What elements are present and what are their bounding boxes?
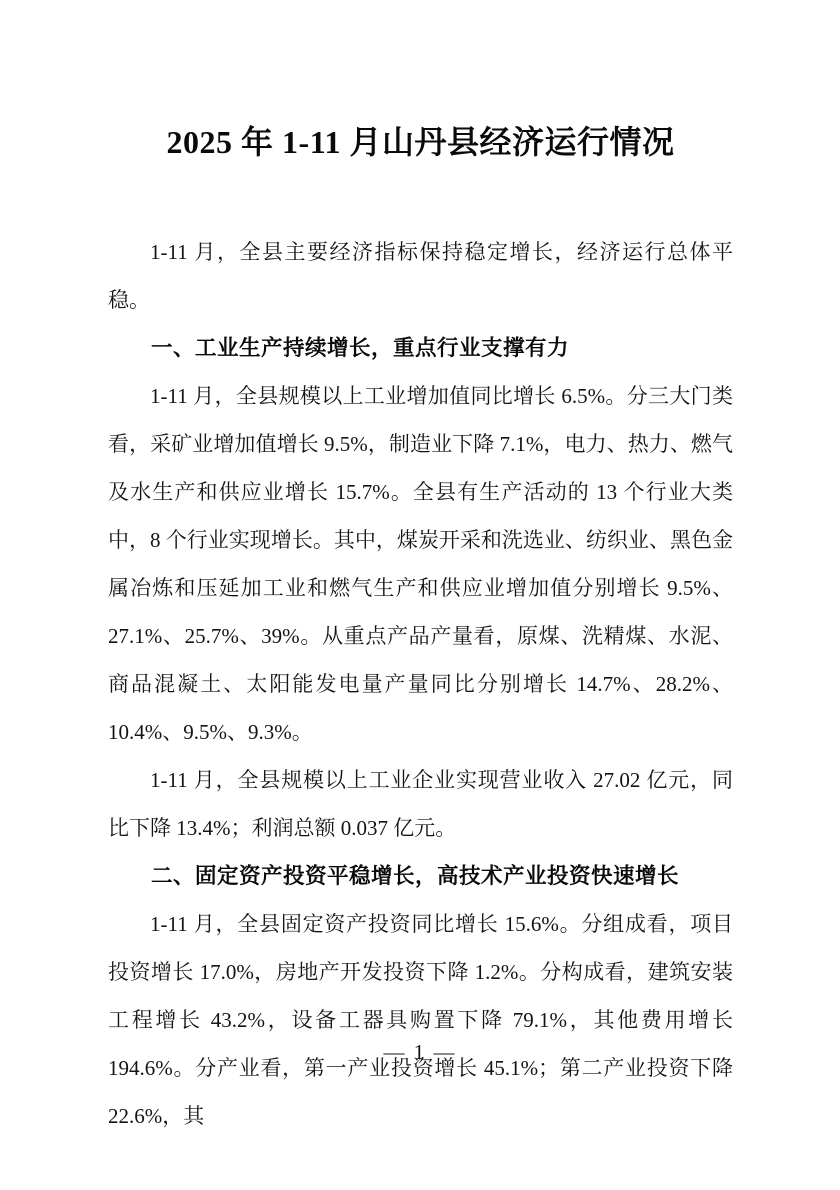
section-1-heading: 一、工业生产持续增长，重点行业支撑有力 [108,324,733,372]
page-number: — 1 — [0,1040,840,1065]
document-page: 2025 年 1-11 月山丹县经济运行情况 1-11 月，全县主要经济指标保持… [0,0,840,1190]
document-body: 1-11 月，全县主要经济指标保持稳定增长，经济运行总体平稳。 一、工业生产持续… [108,228,733,1140]
document-title: 2025 年 1-11 月山丹县经济运行情况 [108,122,733,162]
section-2-paragraph-1: 1-11 月，全县固定资产投资同比增长 15.6%。分组成看，项目投资增长 17… [108,900,733,1140]
section-1-paragraph-1: 1-11 月，全县规模以上工业增加值同比增长 6.5%。分三大门类看，采矿业增加… [108,372,733,756]
section-2-heading: 二、固定资产投资平稳增长，高技术产业投资快速增长 [108,852,733,900]
section-1-paragraph-2: 1-11 月，全县规模以上工业企业实现营业收入 27.02 亿元，同比下降 13… [108,756,733,852]
intro-paragraph: 1-11 月，全县主要经济指标保持稳定增长，经济运行总体平稳。 [108,228,733,324]
